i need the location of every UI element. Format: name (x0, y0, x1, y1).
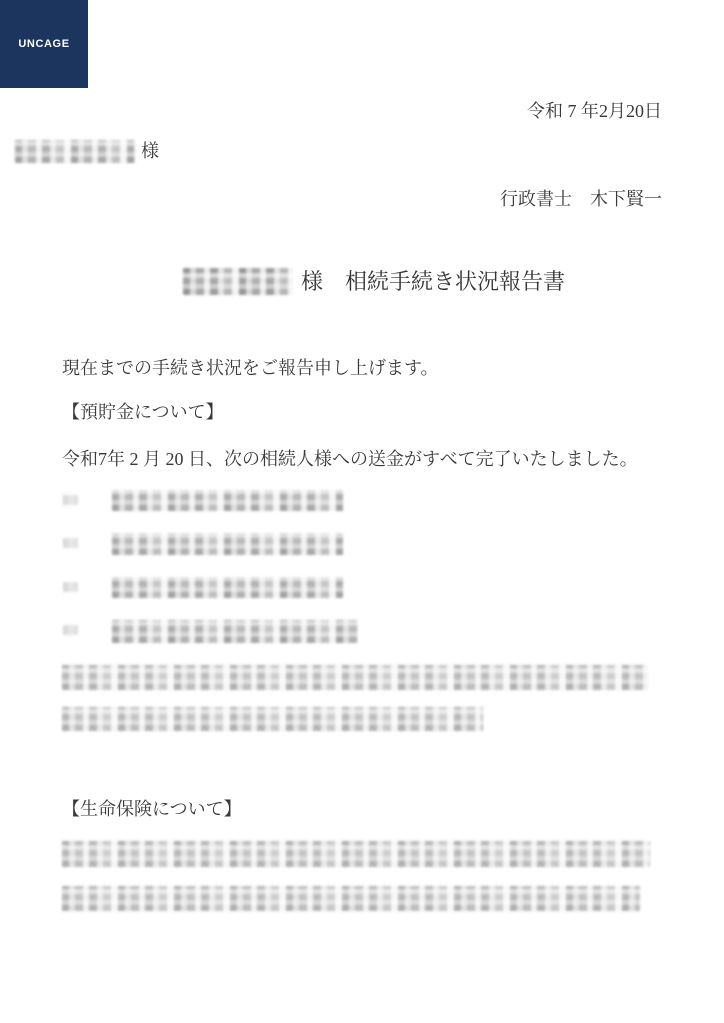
insurance-paragraph-line-redacted (62, 841, 650, 867)
uncage-logo-text: UNCAGE (18, 38, 69, 50)
document-page: UNCAGE 令和 7 年2月20日 様 行政書士 木下賢一 様 相続手続き状況… (0, 0, 724, 1023)
recipient-name-redacted (15, 140, 135, 163)
list-bullet-redacted (63, 538, 78, 548)
transfer-item-redacted (112, 490, 343, 511)
insurance-paragraph-line-redacted (62, 886, 640, 911)
section-heading-insurance: 【生命保険について】 (62, 798, 242, 821)
transfer-item-redacted (112, 620, 358, 643)
deposit-paragraph-line-redacted (62, 707, 483, 731)
list-bullet-redacted (63, 582, 78, 592)
list-bullet-redacted (63, 495, 78, 505)
intro-paragraph: 現在までの手続き状況をご報告申し上げます。 (62, 357, 439, 380)
recipient-honorific: 様 (141, 140, 159, 163)
document-title-text: 様 相続手続き状況報告書 (301, 268, 565, 296)
deposits-lead: 令和7年 2 月 20 日、次の相続人様への送金がすべて完了いたしました。 (62, 448, 638, 471)
section-heading-deposits: 【預貯金について】 (62, 401, 224, 424)
list-bullet-redacted (63, 625, 78, 635)
transfer-item-redacted (112, 577, 343, 598)
recipient-line: 様 (15, 140, 159, 163)
sender-line: 行政書士 木下賢一 (500, 188, 662, 211)
document-date: 令和 7 年2月20日 (527, 100, 662, 123)
transfer-item-redacted (112, 533, 343, 555)
title-name-redacted (183, 268, 293, 295)
uncage-logo: UNCAGE (0, 0, 88, 88)
deposit-paragraph-line-redacted (62, 665, 648, 690)
document-title: 様 相続手続き状況報告書 (183, 268, 565, 296)
